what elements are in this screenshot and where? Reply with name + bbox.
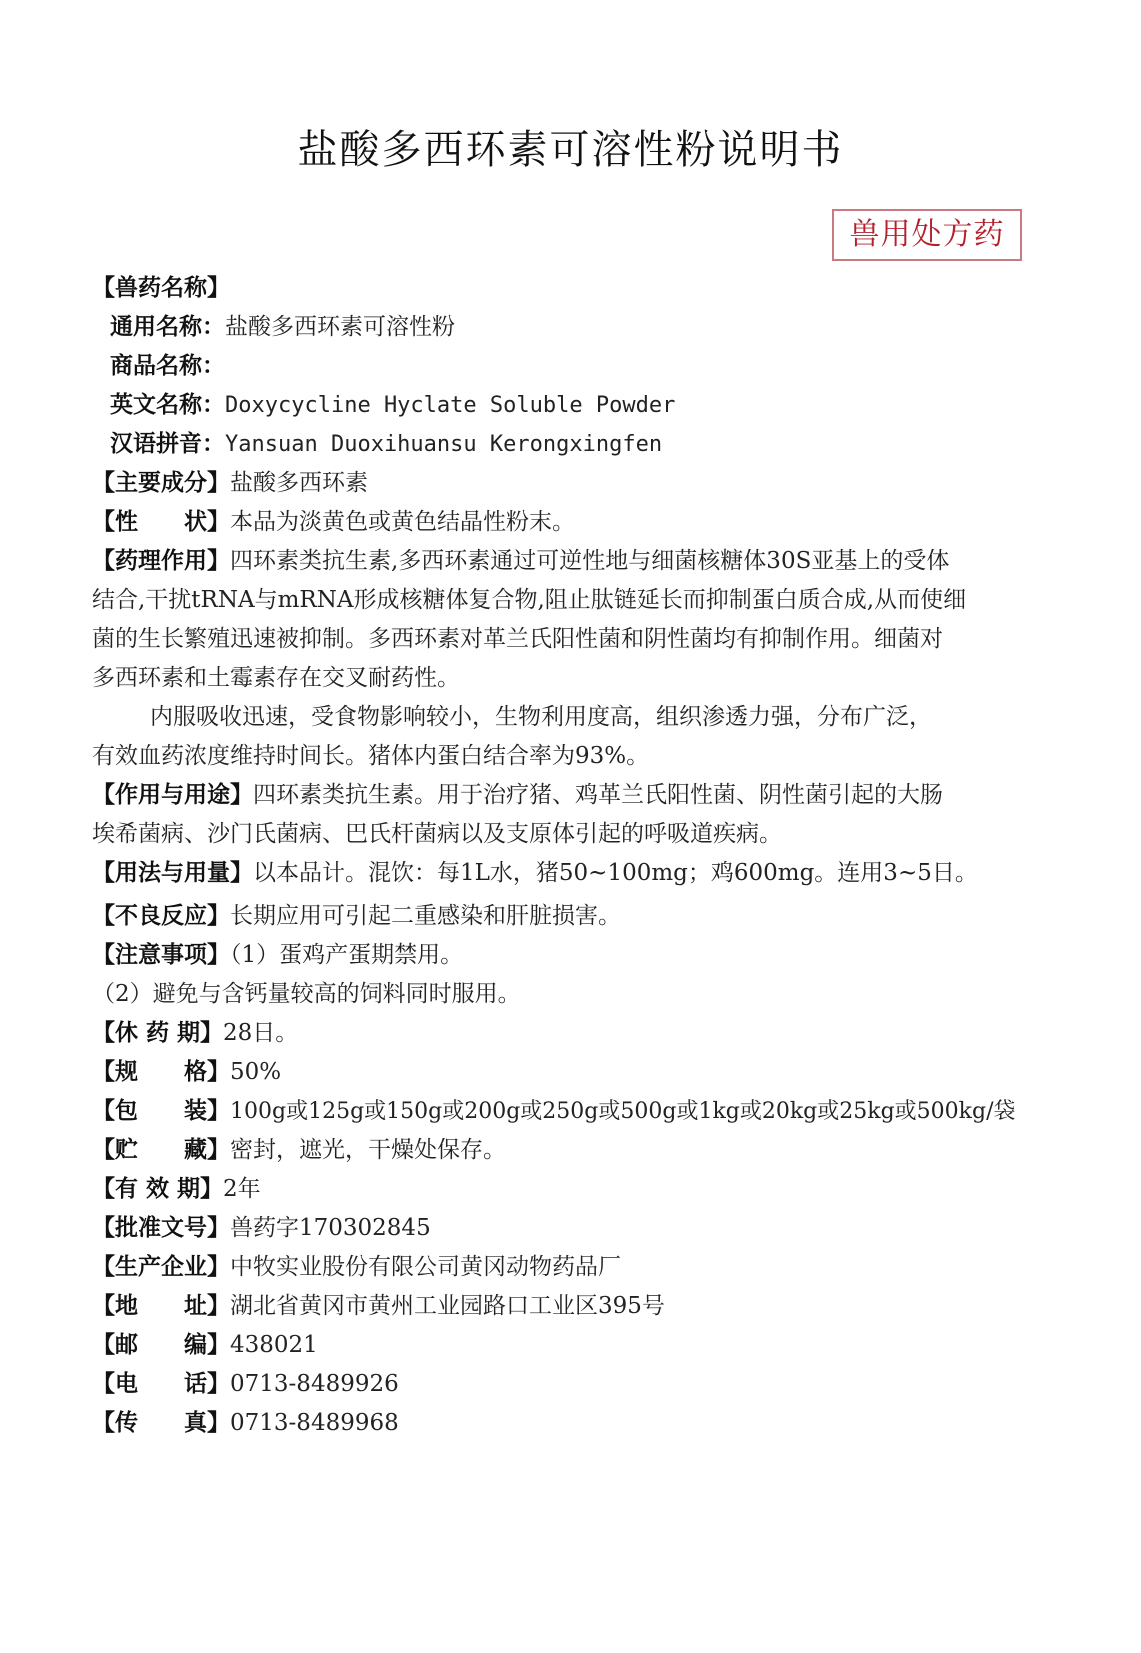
value: 中牧实业股份有限公司黄冈动物药品厂	[230, 1254, 621, 1280]
address-row: 【地 址】湖北省黄冈市黄州工业园路口工业区395号	[92, 1286, 1091, 1327]
vet-name-row: 【兽药名称】	[92, 268, 1091, 309]
english-name-row: 英文名称：Doxycycline Hyclate Soluble Powder	[110, 385, 1091, 426]
value: 本品为淡黄色或黄色结晶性粉末。	[230, 509, 575, 535]
label: 【规 格】	[92, 1059, 230, 1085]
dosage-row: 【用法与用量】以本品计。混饮：每1L水，猪50~100mg；鸡600mg。连用3…	[92, 853, 1091, 894]
indications-line: 埃希菌病、沙门氏菌病、巴氏杆菌病以及支原体引起的呼吸道疾病。	[92, 814, 1091, 855]
value: 盐酸多西环素可溶性粉	[225, 314, 455, 340]
label: 【注意事项】	[92, 942, 230, 968]
label: 【兽药名称】	[92, 275, 230, 301]
text: 有效血药浓度维持时间长。猪体内蛋白结合率为93%。	[92, 743, 649, 769]
label: 【休 药 期】	[92, 1020, 223, 1046]
label: 【批准文号】	[92, 1215, 230, 1241]
value: 以本品计。混饮：每1L水，猪50~100mg；鸡600mg。连用3~5日。	[253, 860, 978, 886]
precautions-line: （2）避免与含钙量较高的饲料同时服用。	[92, 974, 1091, 1015]
label: 【作用与用途】	[92, 782, 253, 808]
value: 2年	[223, 1176, 261, 1202]
label: 【包 装】	[92, 1098, 230, 1124]
value: 0713-8489968	[230, 1410, 399, 1436]
withdrawal-row: 【休 药 期】28日。	[92, 1013, 1091, 1054]
label: 通用名称：	[110, 314, 225, 340]
prescription-stamp: 兽用处方药	[832, 209, 1022, 261]
pharmacology-line: 内服吸收迅速，受食物影响较小，生物利用度高，组织渗透力强，分布广泛，	[92, 697, 1091, 738]
label: 汉语拼音：	[110, 431, 225, 457]
value: 长期应用可引起二重感染和肝脏损害。	[230, 903, 621, 929]
ingredient-row: 【主要成分】盐酸多西环素	[92, 463, 1091, 504]
phone-row: 【电 话】0713-8489926	[92, 1364, 1091, 1405]
value: 50%	[230, 1059, 281, 1085]
label: 【地 址】	[92, 1293, 230, 1319]
package-row: 【包 装】100g或125g或150g或200g或250g或500g或1kg或2…	[92, 1091, 1091, 1132]
value: 盐酸多西环素	[230, 470, 368, 496]
value: （1）蛋鸡产蛋期禁用。	[230, 942, 463, 968]
text: 埃希菌病、沙门氏菌病、巴氏杆菌病以及支原体引起的呼吸道疾病。	[92, 821, 782, 847]
validity-row: 【有 效 期】2年	[92, 1169, 1091, 1210]
fax-row: 【传 真】0713-8489968	[92, 1403, 1091, 1444]
value: Yansuan Duoxihuansu Kerongxingfen	[225, 432, 662, 457]
pharmacology-line: 结合,干扰tRNA与mRNA形成核糖体复合物,阻止肽链延长而抑制蛋白质合成,从而…	[92, 580, 1091, 621]
pharmacology-line: 多西环素和土霉素存在交叉耐药性。	[92, 658, 1091, 699]
value: 湖北省黄冈市黄州工业园路口工业区395号	[230, 1293, 665, 1319]
label: 【性 状】	[92, 509, 230, 535]
label: 【药理作用】	[92, 548, 230, 574]
text: 内服吸收迅速，受食物影响较小，生物利用度高，组织渗透力强，分布广泛，	[150, 704, 932, 730]
label: 商品名称：	[110, 353, 225, 379]
label: 【贮 藏】	[92, 1137, 230, 1163]
value: 100g或125g或150g或200g或250g或500g或1kg或20kg或2…	[230, 1099, 1016, 1124]
value: 0713-8489926	[230, 1371, 399, 1397]
value: 四环素类抗生素。用于治疗猪、鸡革兰氏阳性菌、阴性菌引起的大肠	[253, 782, 943, 808]
manufacturer-row: 【生产企业】中牧实业股份有限公司黄冈动物药品厂	[92, 1247, 1091, 1288]
value: 438021	[230, 1332, 318, 1358]
label: 【传 真】	[92, 1410, 230, 1436]
label: 【不良反应】	[92, 903, 230, 929]
trade-name-row: 商品名称：	[110, 346, 1091, 387]
value: 密封，遮光，干燥处保存。	[230, 1137, 506, 1163]
label: 【电 话】	[92, 1371, 230, 1397]
appearance-row: 【性 状】本品为淡黄色或黄色结晶性粉末。	[92, 502, 1091, 543]
text: 多西环素和土霉素存在交叉耐药性。	[92, 665, 460, 691]
value: 四环素类抗生素,多西环素通过可逆性地与细菌核糖体30S亚基上的受体	[230, 548, 949, 574]
generic-name-row: 通用名称：盐酸多西环素可溶性粉	[110, 307, 1091, 348]
indications-row: 【作用与用途】四环素类抗生素。用于治疗猪、鸡革兰氏阳性菌、阴性菌引起的大肠	[92, 775, 1091, 816]
pharmacology-row: 【药理作用】四环素类抗生素,多西环素通过可逆性地与细菌核糖体30S亚基上的受体	[92, 541, 1091, 582]
text: （2）避免与含钙量较高的饲料同时服用。	[92, 981, 521, 1007]
value: Doxycycline Hyclate Soluble Powder	[225, 393, 675, 418]
pharmacology-line: 菌的生长繁殖迅速被抑制。多西环素对革兰氏阳性菌和阴性菌均有抑制作用。细菌对	[92, 619, 1091, 660]
page-title: 盐酸多西环素可溶性粉说明书	[0, 118, 1141, 175]
label: 英文名称：	[110, 392, 225, 418]
label: 【用法与用量】	[92, 860, 253, 886]
label: 【主要成分】	[92, 470, 230, 496]
storage-row: 【贮 藏】密封，遮光，干燥处保存。	[92, 1130, 1091, 1171]
label: 【有 效 期】	[92, 1176, 223, 1202]
text: 菌的生长繁殖迅速被抑制。多西环素对革兰氏阳性菌和阴性菌均有抑制作用。细菌对	[92, 626, 943, 652]
value: 兽药字170302845	[230, 1215, 431, 1241]
value: 28日。	[223, 1020, 298, 1046]
precautions-row: 【注意事项】（1）蛋鸡产蛋期禁用。	[92, 935, 1091, 976]
pharmacology-line: 有效血药浓度维持时间长。猪体内蛋白结合率为93%。	[92, 736, 1091, 777]
spec-row: 【规 格】50%	[92, 1052, 1091, 1093]
postcode-row: 【邮 编】438021	[92, 1325, 1091, 1366]
label: 【邮 编】	[92, 1332, 230, 1358]
pinyin-row: 汉语拼音：Yansuan Duoxihuansu Kerongxingfen	[110, 424, 1091, 465]
adverse-row: 【不良反应】长期应用可引起二重感染和肝脏损害。	[92, 896, 1091, 937]
approval-row: 【批准文号】兽药字170302845	[92, 1208, 1091, 1249]
text: 结合,干扰tRNA与mRNA形成核糖体复合物,阻止肽链延长而抑制蛋白质合成,从而…	[92, 587, 966, 613]
label: 【生产企业】	[92, 1254, 230, 1280]
